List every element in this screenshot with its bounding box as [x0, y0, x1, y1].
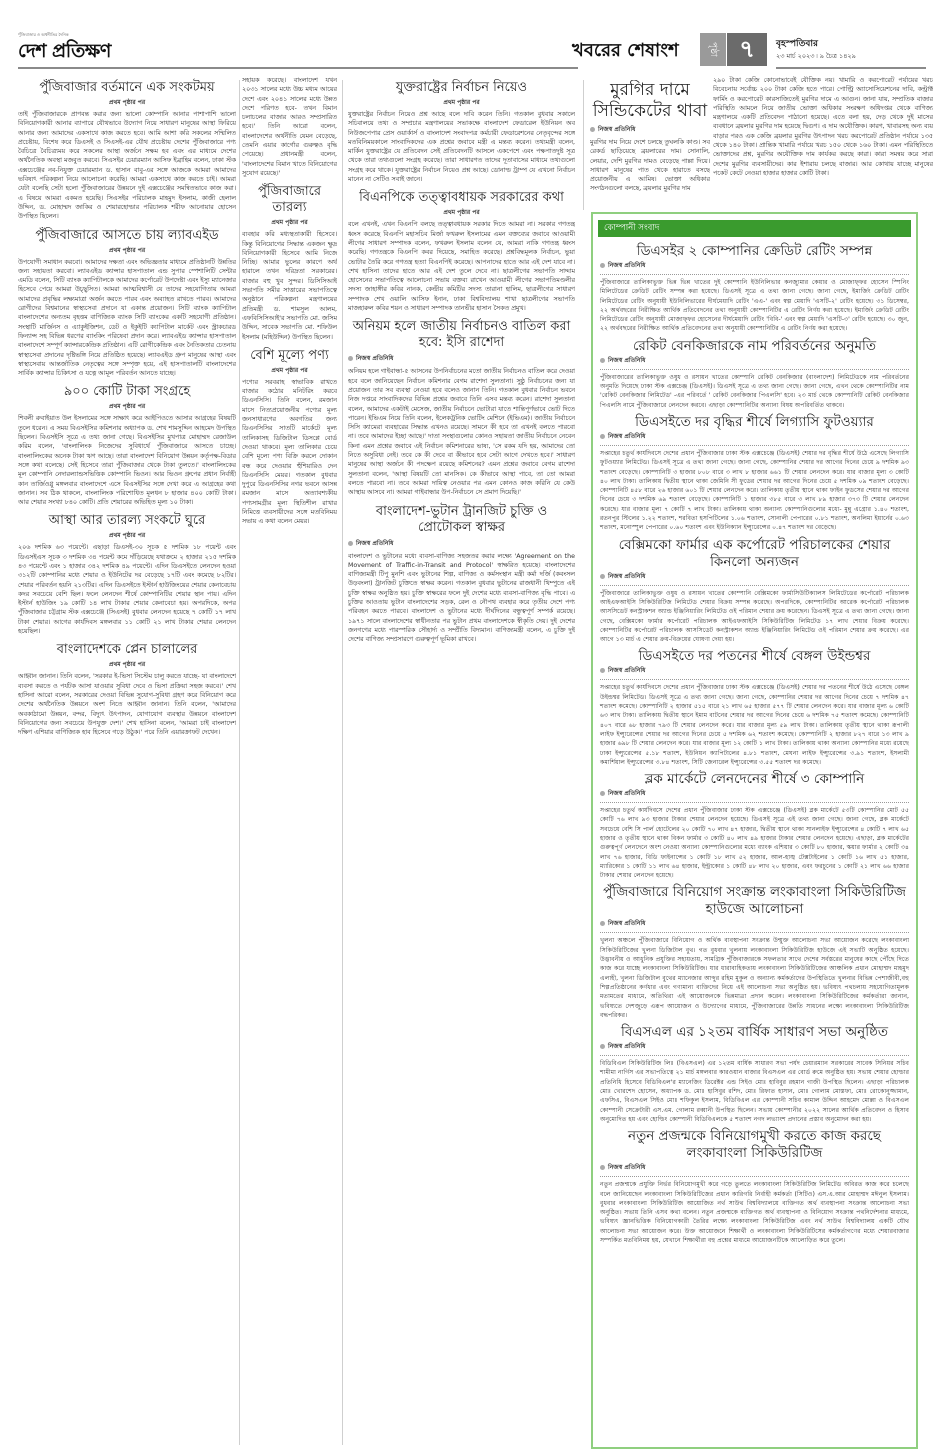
issue-day: বৃহস্পতিবার [776, 36, 818, 51]
article-headline[interactable]: নতুন প্রজন্মকে বিনিয়োগমুখী করতে কাজ করছ… [600, 1128, 909, 1162]
article-body: যুক্তরাষ্ট্রের নির্বাচন নিয়েও প্রশ্ন আছ… [348, 110, 575, 184]
bullet-icon [348, 541, 353, 546]
article-body: আহ্বান জানান। তিনি বলেন, 'সরকার ই-ভিসা স… [18, 672, 236, 737]
column-mid: সহায়ক করেছে। বাংলাদেশ যখন ২০৩১ সালের মধ… [242, 76, 337, 1446]
continuation-label: প্রথম পৃষ্ঠার পর [18, 245, 236, 256]
company-news-box: কোম্পানী সংবাদ ডিএসইর ২ কোম্পানির ক্রেডি… [591, 212, 918, 1449]
article-body: মুরগির দাম নিয়ে দেশে চলছে তুঘলকি কাণ্ড।… [590, 138, 710, 194]
continuation-label: প্রথম পৃষ্ঠার পর [18, 97, 236, 108]
article: আস্থা আর তারল্য সংকটে ঘুরে প্রথম পৃষ্ঠার… [18, 513, 236, 636]
article-body: পুঁজিবাজারের তালিকাভুক্ত ওষুধ ও রসায়ন খ… [600, 373, 909, 410]
article-headline[interactable]: বিএনপিকে তত্ত্বাবধায়ক সরকারের কথা [348, 190, 575, 206]
bullet-icon [348, 356, 353, 361]
bullet-icon [600, 574, 605, 579]
bullet-icon [600, 668, 605, 673]
company-article: বিএসএল এর ১২তম বার্ষিক সাধারণ সভা অনুষ্ঠ… [600, 1024, 909, 1124]
bullet-icon [600, 358, 605, 363]
article-headline[interactable]: ডিএসইতে দর পতনের শীর্ষে বেঙ্গল উইন্ডশ্বর [600, 648, 909, 665]
article: পুঁজিবাজারে আসতে চায় ল্যাবএইড প্রথম পৃষ… [18, 228, 236, 379]
section-title: খবরের শেষাংশ [572, 36, 679, 67]
article-headline[interactable]: বাংলাদেশ-ভুটান ট্রানজিট চুক্তি ও প্রোটোক… [348, 504, 575, 536]
company-article: ডিএসইতে দর পতনের শীর্ষে বেঙ্গল উইন্ডশ্বর… [600, 648, 909, 767]
byline: নিজস্ব প্রতিনিধি [600, 431, 909, 446]
article-body: তাই পুঁজিবাজারকে প্রাণবন্ত করার জন্য ভাল… [18, 110, 236, 222]
article-body: শিবলী রুবাইয়াত উল ইসলামের সঙ্গে সাক্ষাৎ… [18, 414, 236, 507]
article-headline[interactable]: পুঁজিবাজারে তারল্য [242, 184, 337, 216]
article-body: ২৯০ টাকা কেজি কোনোভাবেই যৌক্তিক নয়। খাম… [713, 76, 933, 178]
article-headline[interactable]: পুঁজিবাজার বর্তমানে এক সংকটময় [18, 80, 236, 96]
byline: নিজস্ব প্রতিনিধি [600, 1162, 909, 1177]
company-article: নতুন প্রজন্মকে বিনিয়োগমুখী করতে কাজ করছ… [600, 1128, 909, 1245]
article-body: নতুন প্রজন্মকে প্রযুক্তি নির্ভর বিনিয়োগ… [600, 1180, 909, 1245]
bullet-icon [590, 127, 595, 132]
article-body: বাংলাদেশ ও ভুটানের মধ্যে ব্যবসা-বাণিজ্য … [348, 552, 575, 645]
byline: নিজস্ব প্রতিনিধি [600, 665, 909, 680]
bullet-icon [600, 1165, 605, 1170]
company-article: ডিএসইতে দর বৃদ্ধির শীর্ষে লিগ্যাসি ফুটওয… [600, 414, 909, 533]
bullet-icon [600, 263, 605, 268]
bullet-icon [600, 921, 605, 926]
article-headline[interactable]: ডিএসইর ২ কোম্পানির ক্রেডিট রেটিং সম্পন্ন [600, 243, 909, 260]
article-headline[interactable]: বেশি মূল্যে পণ্য [242, 348, 337, 364]
byline-text: নিজস্ব প্রতিনিধি [356, 355, 393, 362]
article-body: পুঁজিবাজারে তালিকাভুক্ত ভিন্ন ভিন্ন খাতে… [600, 278, 909, 334]
continuation-label: প্রথম পৃষ্ঠার পর [18, 659, 236, 670]
continuation-label: প্রথম পৃষ্ঠার পর [242, 217, 337, 228]
byline: নিজস্ব প্রতিনিধি [600, 571, 909, 586]
company-article: ডিএসইর ২ কোম্পানির ক্রেডিট রেটিং সম্পন্ন… [600, 243, 909, 334]
article-headline[interactable]: বাংলাদেশকে প্লেন চালালের [18, 642, 236, 658]
article: বাংলাদেশ-ভুটান ট্রানজিট চুক্তি ও প্রোটোক… [348, 504, 575, 645]
column-divider [239, 80, 240, 1445]
article-headline[interactable]: পুঁজিবাজারে আসতে চায় ল্যাবএইড [18, 228, 236, 244]
byline-text: নিজস্ব প্রতিনিধি [608, 790, 645, 797]
article-body: উপযোগী সমাধান করবো। আমাদের দক্ষতা এবং অভ… [18, 258, 236, 379]
continuation-label: প্রথম পৃষ্ঠার পর [18, 530, 236, 541]
article-body: সপ্তাহের চতুর্থ কার্যদিবসে দেশের প্রধান … [600, 806, 909, 880]
continuation-label: প্রথম পৃষ্ঠার পর [348, 97, 575, 108]
byline: নিজস্ব প্রতিনিধি [348, 353, 575, 364]
article-body: পণ্যের সরবরাহ স্বাভাবিক রাখতে বাজার কঠোর… [242, 378, 337, 527]
continuation-label: প্রথম পৃষ্ঠার পর [18, 401, 236, 412]
page-label: পৃষ্ঠা [700, 33, 726, 66]
company-article: রেকিট বেনকিজারকে নাম পরিবর্তনের অনুমতি ন… [600, 338, 909, 410]
article-headline[interactable]: আস্থা আর তারল্য সংকটে ঘুরে [18, 513, 236, 529]
masthead: পুঁজিবাজার ও অর্থনীতির দৈনিক দেশ প্রতিক্… [0, 0, 945, 72]
article-body: পুঁজিবাজারে তালিকাভুক্ত ওষুধ ও রসায়ন খা… [600, 589, 909, 645]
byline: নিজস্ব প্রতিনিধি [600, 355, 909, 370]
byline-text: নিজস্ব প্রতিনিধি [608, 1043, 645, 1050]
article: ৯০০ কোটি টাকা সংগ্রহে প্রথম পৃষ্ঠার পর শ… [18, 384, 236, 507]
company-article: ব্লক মার্কেটে লেনদেনের শীর্ষে ৩ কোম্পানি… [600, 771, 909, 880]
article-body: বিডিবিএল সিকিউরিটিজ লিঃ (বিএসএল) এর ১২তম… [600, 1059, 909, 1124]
byline-text: নিজস্ব প্রতিনিধি [608, 433, 645, 440]
article-headline[interactable]: ডিএসইতে দর বৃদ্ধির শীর্ষে লিগ্যাসি ফুটওয… [600, 414, 909, 431]
article-headline[interactable]: ৯০০ কোটি টাকা সংগ্রহে [18, 384, 236, 400]
article-headline[interactable]: সিন্ডিকেটের থাবা [590, 101, 710, 122]
byline-text: নিজস্ব প্রতিনিধি [356, 540, 393, 547]
page-number: ৭ [727, 33, 767, 66]
article-body: সহায়ক করেছে। বাংলাদেশ যখন ২০৩১ সালের মধ… [242, 76, 337, 178]
article: যুক্তরাষ্ট্রের নির্বাচন নিয়েও প্রথম পৃষ… [348, 80, 575, 184]
article-headline[interactable]: যুক্তরাষ্ট্রের নির্বাচন নিয়েও [348, 80, 575, 96]
company-article: বেক্সিমকো ফার্মার এক কর্পোরেট পরিচালকের … [600, 537, 909, 645]
article-body: অনিয়ম হলে গাইবান্ধা-৫ আসনের উপনির্বাচনে… [348, 367, 575, 497]
logo-text: দেশ প্রতিক্ষণ [18, 37, 111, 69]
article: পুঁজিবাজারে তারল্য প্রথম পৃষ্ঠার পর ব্যব… [242, 184, 337, 342]
byline: নিজস্ব প্রতিনিধি [590, 124, 710, 135]
bullet-icon [600, 1044, 605, 1049]
article-body: সপ্তাহের চতুর্থ কার্যদিবসে দেশের প্রধান … [600, 683, 909, 767]
article-body: বলে এখনই, এখন বিএনপি বলছে তত্ত্বাবধায়ক … [348, 220, 575, 313]
continuation-label: প্রথম পৃষ্ঠার পর [348, 207, 575, 218]
byline-text: নিজস্ব প্রতিনিধি [608, 1164, 645, 1171]
article-headline[interactable]: অনিয়ম হলে জাতীয় নির্বাচনও বাতিল করা হব… [348, 319, 575, 351]
header-divider [18, 67, 578, 69]
byline: নিজস্ব প্রতিনিধি [600, 1041, 909, 1056]
byline-text: নিজস্ব প্রতিনিধি [608, 573, 645, 580]
column-divider [583, 80, 584, 210]
company-article: পুঁজিবাজারে বিনিয়োগ সংক্রান্ত লংকাবাংলা… [600, 884, 909, 1020]
article-headline[interactable]: ব্লক মার্কেটে লেনদেনের শীর্ষে ৩ কোম্পানি [600, 771, 909, 788]
header-divider [776, 67, 926, 69]
bullet-icon [600, 791, 605, 796]
article-body: ব্যবহার করি মধ্যস্থতাকারী হিসেবে। কিন্তু… [242, 230, 337, 342]
article-headline[interactable]: বেক্সিমকো ফার্মার এক কর্পোরেট পরিচালকের … [600, 537, 909, 571]
bullet-icon [600, 434, 605, 439]
byline-text: নিজস্ব প্রতিনিধি [608, 920, 645, 927]
article: বেশি মূল্যে পণ্য প্রথম পৃষ্ঠার পর পণ্যের… [242, 348, 337, 527]
murgi-article-continued: ২৯০ টাকা কেজি কোনোভাবেই যৌক্তিক নয়। খাম… [713, 76, 933, 206]
article: সহায়ক করেছে। বাংলাদেশ যখন ২০৩১ সালের মধ… [242, 76, 337, 178]
byline: নিজস্ব প্রতিনিধি [348, 538, 575, 549]
article: পুঁজিবাজার বর্তমানে এক সংকটময় প্রথম পৃষ… [18, 80, 236, 222]
continuation-label: প্রথম পৃষ্ঠার পর [242, 365, 337, 376]
article-body: সপ্তাহের চতুর্থ কার্যদিবসে দেশের প্রধান … [600, 449, 909, 533]
article-body: খুলনা অঞ্চলে পুঁজিবাজারে বিনিয়োগ ও অর্থ… [600, 936, 909, 1020]
column-left: পুঁজিবাজার বর্তমানে এক সংকটময় প্রথম পৃষ… [18, 76, 236, 1446]
article-headline[interactable]: রেকিট বেনকিজারকে নাম পরিবর্তনের অনুমতি [600, 338, 909, 355]
column-divider [342, 80, 343, 1445]
company-news-header: কোম্পানী সংবাদ [598, 220, 911, 237]
byline: নিজস্ব প্রতিনিধি [600, 788, 909, 803]
byline-text: নিজস্ব প্রতিনিধি [608, 667, 645, 674]
column-center: যুক্তরাষ্ট্রের নির্বাচন নিয়েও প্রথম পৃষ… [348, 76, 575, 1446]
article: অনিয়ম হলে জাতীয় নির্বাচনও বাতিল করা হব… [348, 319, 575, 497]
article-headline[interactable]: পুঁজিবাজারে বিনিয়োগ সংক্রান্ত লংকাবাংলা… [600, 884, 909, 918]
byline-text: নিজস্ব প্রতিনিধি [608, 262, 645, 269]
byline-text: নিজস্ব প্রতিনিধি [598, 126, 635, 133]
article-headline[interactable]: মুরগির দামে [590, 80, 710, 101]
murgi-article: মুরগির দামে সিন্ডিকেটের থাবা নিজস্ব প্রত… [590, 80, 710, 200]
article: বাংলাদেশকে প্লেন চালালের প্রথম পৃষ্ঠার প… [18, 642, 236, 737]
byline: নিজস্ব প্রতিনিধি [600, 918, 909, 933]
byline: নিজস্ব প্রতিনিধি [600, 260, 909, 275]
issue-date: ২৩ মার্চ ২০২৩ ৷ ৯ চৈত্র ১৪২৯ [776, 51, 856, 62]
byline-text: নিজস্ব প্রতিনিধি [608, 357, 645, 364]
article-body: ২০৬ দশমিক ৬৩ পয়েন্টে। এছাড়া ডিএসই-৩০ স… [18, 543, 236, 636]
article-headline[interactable]: বিএসএল এর ১২তম বার্ষিক সাধারণ সভা অনুষ্ঠ… [600, 1024, 909, 1041]
article: বিএনপিকে তত্ত্বাবধায়ক সরকারের কথা প্রথম… [348, 190, 575, 313]
